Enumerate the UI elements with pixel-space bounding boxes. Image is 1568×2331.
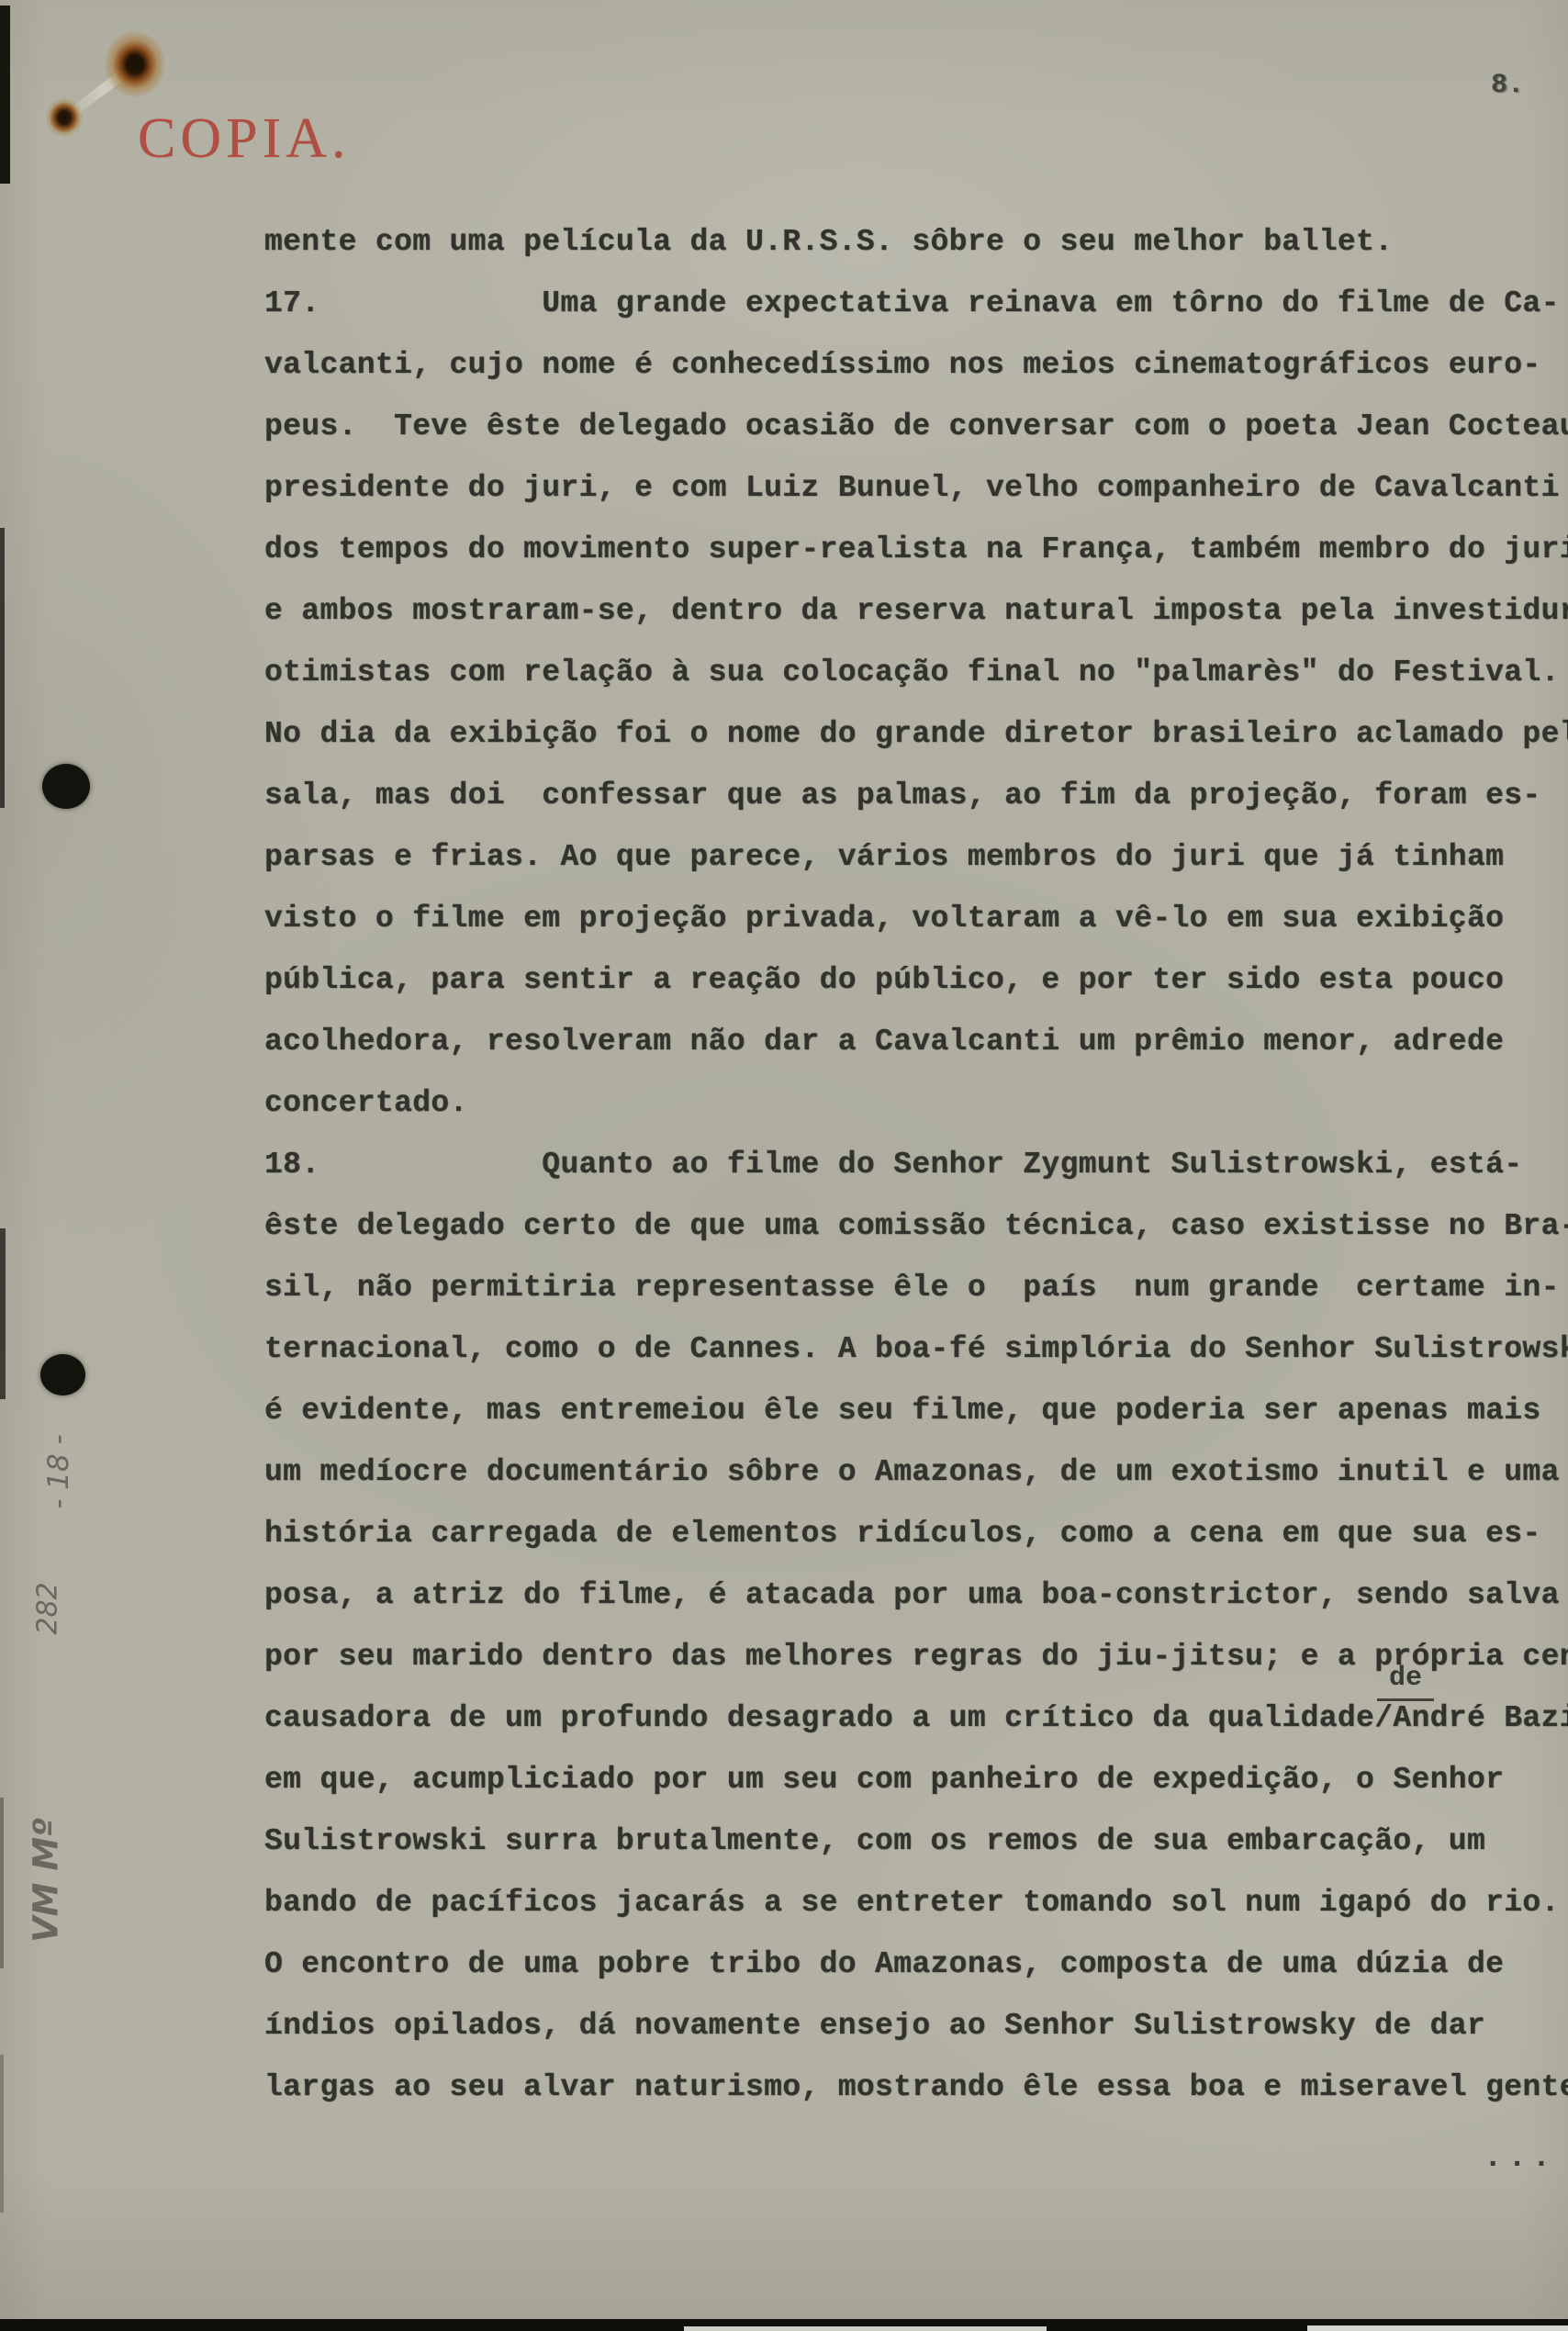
typed-line: No dia da exibição foi o nome do grande … (264, 703, 1568, 765)
scan-edge-shadow-top (0, 6, 10, 184)
typed-line: história carregada de elementos ridículo… (264, 1503, 1568, 1564)
typed-text-block: mente com uma película da U.R.S.S. sôbre… (264, 211, 1568, 2118)
scan-edge-shadow-lower (0, 1798, 4, 1968)
burn-mark-left (46, 98, 83, 137)
scan-bottom-light-patch-right (1307, 2325, 1568, 2331)
page-number: 8. (1491, 70, 1524, 101)
typed-line: e ambos mostraram-se, dentro da reserva … (264, 580, 1568, 642)
typed-line: causadora de um profundo desagrado a um … (264, 1687, 1568, 1749)
typed-line: por seu marido dentro das melhores regra… (264, 1626, 1568, 1687)
copia-stamp: COPIA. (138, 106, 351, 172)
typed-line: presidente do juri, e com Luiz Bunuel, v… (264, 457, 1568, 519)
typed-line: mente com uma película da U.R.S.S. sôbre… (264, 211, 1568, 273)
typed-line: 17. Uma grande expectativa reinava em tô… (264, 273, 1568, 334)
hole-punch-top (42, 764, 90, 809)
typed-line: um medíocre documentário sôbre o Amazona… (264, 1441, 1568, 1503)
margin-annotation-dash18: - 18 - (42, 1434, 75, 1509)
typed-line: peus. Teve êste delegado ocasião de conv… (264, 396, 1568, 457)
typed-line: 18. Quanto ao filme do Senhor Zygmunt Su… (264, 1134, 1568, 1195)
scan-edge-shadow-upper (0, 528, 5, 808)
typed-line: é evidente, mas entremeiou êle seu filme… (264, 1380, 1568, 1441)
typed-line: sala, mas doi confessar que as palmas, a… (264, 765, 1568, 826)
typed-line: otimistas com relação à sua colocação fi… (264, 642, 1568, 703)
typed-line: dos tempos do movimento super-realista n… (264, 519, 1568, 580)
typed-line: em que, acumpliciado por um seu com panh… (264, 1749, 1568, 1810)
scan-bottom-light-patch-left (684, 2326, 1047, 2331)
margin-annotation-number: 282 (32, 1582, 64, 1634)
typed-line: êste delegado certo de que uma comissão … (264, 1195, 1568, 1257)
typed-line: visto o filme em projeção privada, volta… (264, 888, 1568, 949)
scan-edge-shadow-middle (0, 1228, 6, 1399)
typed-line: acolhedora, resolveram não dar a Cavalca… (264, 1011, 1568, 1072)
typed-line: valcanti, cujo nome é conhecedíssimo nos… (264, 334, 1568, 396)
typed-line: posa, a atriz do filme, é atacada por um… (264, 1564, 1568, 1626)
typed-line: parsas e frias. Ao que parece, vários me… (264, 826, 1568, 888)
margin-annotation-initials: VM Mº (27, 1818, 66, 1943)
typed-line: Sulistrowski surra brutalmente, com os r… (264, 1810, 1568, 1872)
typed-line: índios opilados, dá novamente ensejo ao … (264, 1995, 1568, 2056)
typed-line: O encontro de uma pobre tribo do Amazona… (264, 1933, 1568, 1995)
typed-line: concertado. (264, 1072, 1568, 1134)
continuation-dots: ... (1484, 2141, 1556, 2176)
scan-edge-shadow-bottom (0, 2055, 4, 2213)
scanned-document-page: COPIA. 8. mente com uma película da U.R.… (0, 0, 1568, 2331)
typed-line: largas ao seu alvar naturismo, mostrando… (264, 2056, 1568, 2118)
typed-line: sil, não permitiria representasse êle o … (264, 1257, 1568, 1318)
typed-line: pública, para sentir a reação do público… (264, 949, 1568, 1011)
typed-line: ternacional, como o de Cannes. A boa-fé … (264, 1318, 1568, 1380)
interlinear-insertion-de: de (1377, 1658, 1434, 1701)
burn-mark-top (105, 31, 165, 97)
hole-punch-bottom (40, 1354, 85, 1395)
typed-line: bando de pacíficos jacarás a se entreter… (264, 1872, 1568, 1933)
